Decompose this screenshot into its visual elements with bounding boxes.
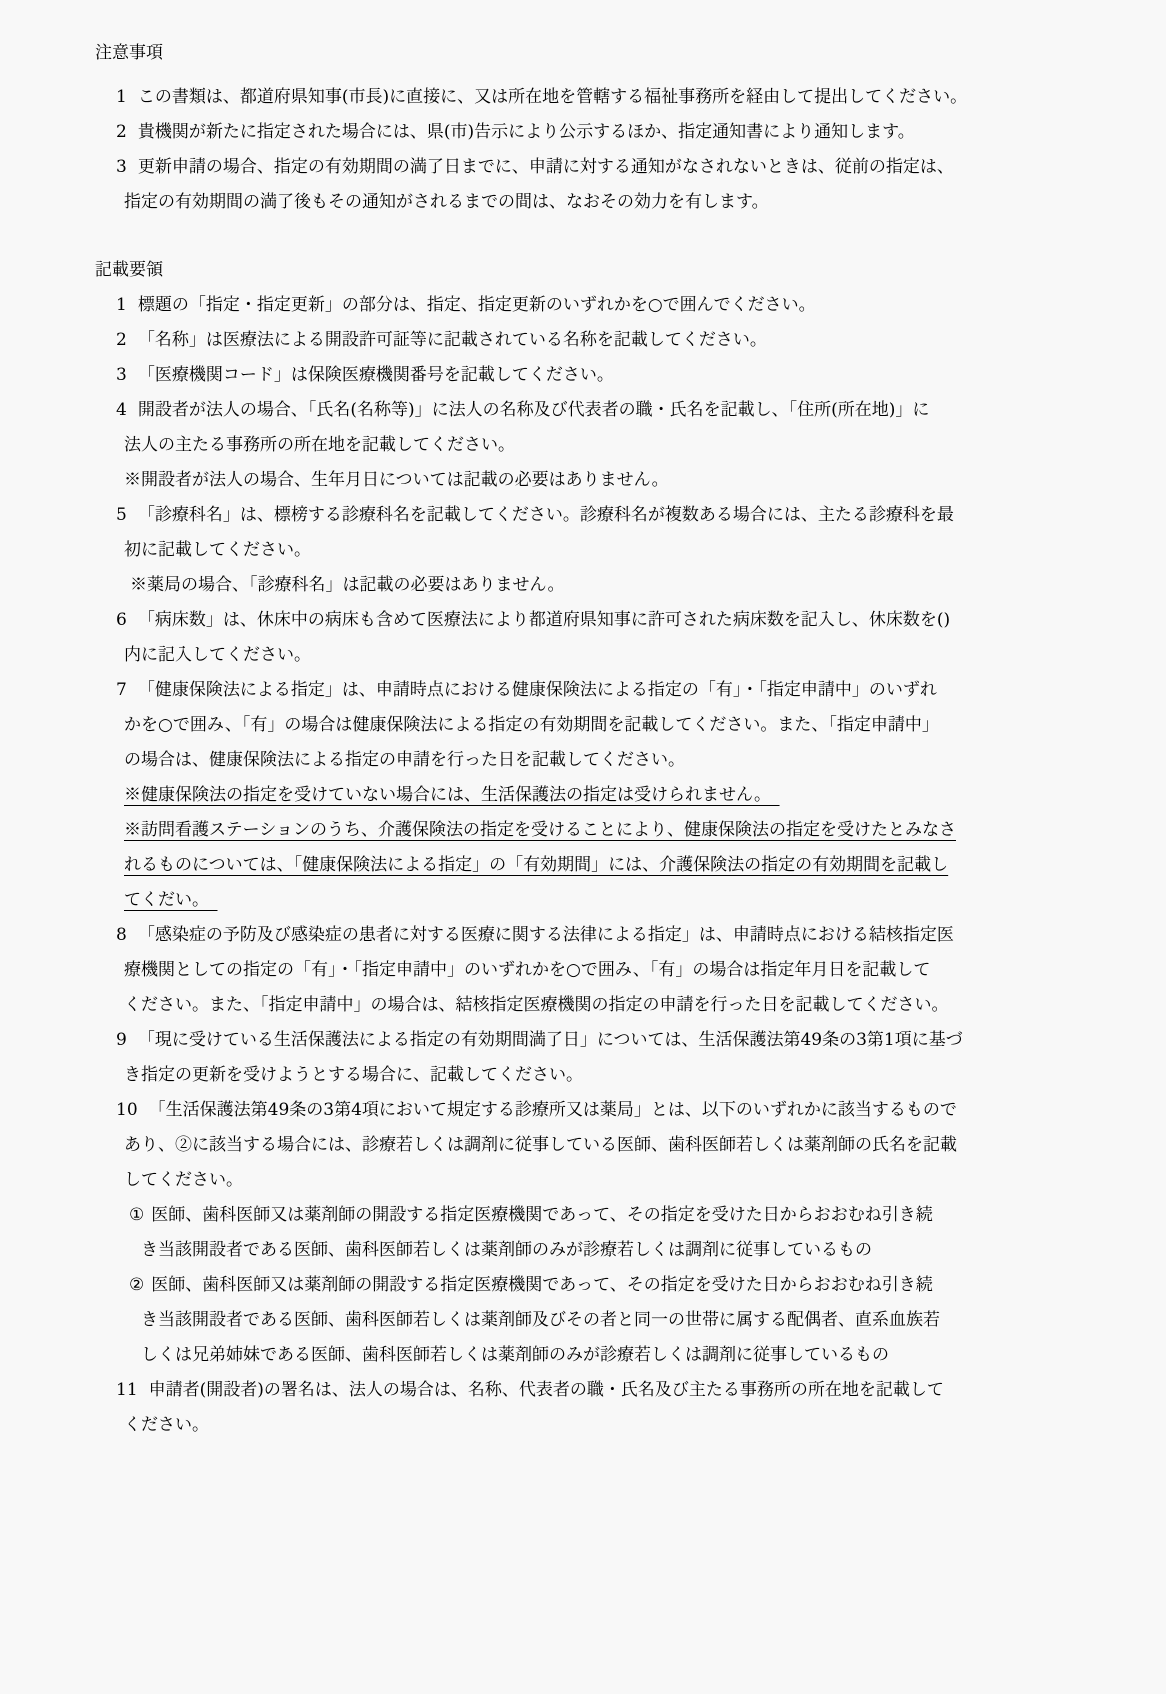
list-item-line: 11申請者(開設者)の署名は、法人の場合は、名称、代表者の職・氏名及び主たる事務… [0,1373,1166,1408]
item-number: 2 [116,323,127,358]
line-text: 開設者が法人の場合、「氏名(名称等)」に法人の名称及び代表者の職・氏名を記載し、… [138,400,930,420]
line-text: 「医療機関コード」は保険医療機関番号を記載してください。 [138,365,614,385]
line-text: 医師、歯科医師又は薬剤師の開設する指定医療機関であって、その指定を受けた日からお… [151,1205,933,1225]
line-text: 医師、歯科医師又は薬剤師の開設する指定医療機関であって、その指定を受けた日からお… [151,1275,933,1295]
line-text: 「現に受けている生活保護法による指定の有効期間満了日」については、生活保護法第4… [138,1030,963,1050]
list-item-line: 2「名称」は医療法による開設許可証等に記載されている名称を記載してください。 [0,323,1166,358]
line-text: の場合は、健康保険法による指定の申請を行った日を記載してください。 [124,750,685,770]
text-line: ※開設者が法人の場合、生年月日については記載の必要はありません。 [0,463,1166,498]
line-text: 「生活保護法第49条の3第4項において規定する診療所又は薬局」とは、以下のいずれ… [149,1100,957,1120]
item-number: 1 [116,80,127,115]
section-notes: 注意事項1この書類は、都道府県知事(市長)に直接に、又は所在地を管轄する福祉事務… [0,36,1166,220]
line-text: 指定の有効期間の満了後もその通知がされるまでの間は、なおその効力を有します。 [124,192,769,212]
text-line: あり、②に該当する場合には、診療若しくは調剤に従事している医師、歯科医師若しくは… [0,1128,1166,1163]
line-text: ※健康保険法の指定を受けていない場合には、生活保護法の指定は受けられません。 [124,785,780,805]
list-item-line: 4開設者が法人の場合、「氏名(名称等)」に法人の名称及び代表者の職・氏名を記載し… [0,393,1166,428]
item-number: 1 [116,288,127,323]
item-number: 3 [116,150,127,185]
line-text: 「健康保険法による指定」は、申請時点における健康保険法による指定の「有」・「指定… [138,680,937,700]
line-text: 標題の「指定・指定更新」の部分は、指定、指定更新のいずれかを○で囲んでください。 [138,295,816,315]
text-line: 法人の主たる事務所の所在地を記載してください。 [0,428,1166,463]
text-line: 指定の有効期間の満了後もその通知がされるまでの間は、なおその効力を有します。 [0,185,1166,220]
section-heading: 注意事項 [0,36,1166,71]
item-number: 3 [116,358,127,393]
line-text: してください。 [124,1170,243,1190]
text-line: ※薬局の場合、「診療科名」は記載の必要はありません。 [0,568,1166,603]
item-number: 4 [116,393,127,428]
line-text: ※訪問看護ステーションのうち、介護保険法の指定を受けることにより、健康保険法の指… [124,820,956,840]
line-text: しくは兄弟姉妹である医師、歯科医師若しくは薬剤師のみが診療若しくは調剤に従事して… [141,1345,889,1365]
line-text: れるものについては、「健康保険法による指定」の「有効期間」には、介護保険法の指定… [124,855,948,875]
line-text: 初に記載してください。 [124,540,311,560]
text-line: ※訪問看護ステーションのうち、介護保険法の指定を受けることにより、健康保険法の指… [0,813,1166,848]
line-text: 申請者(開設者)の署名は、法人の場合は、名称、代表者の職・氏名及び主たる事務所の… [149,1380,944,1400]
line-text: き当該開設者である医師、歯科医師若しくは薬剤師及びその者と同一の世帯に属する配偶… [141,1310,940,1330]
list-item-line: ②医師、歯科医師又は薬剤師の開設する指定医療機関であって、その指定を受けた日から… [0,1268,1166,1303]
line-text: あり、②に該当する場合には、診療若しくは調剤に従事している医師、歯科医師若しくは… [124,1135,957,1155]
item-number: 11 [116,1373,138,1408]
list-item-line: 1この書類は、都道府県知事(市長)に直接に、又は所在地を管轄する福祉事務所を経由… [0,80,1166,115]
line-text: ※薬局の場合、「診療科名」は記載の必要はありません。 [130,575,565,595]
list-item-line: 5「診療科名」は、標榜する診療科名を記載してください。診療科名が複数ある場合には… [0,498,1166,533]
section-heading: 記載要領 [0,253,1166,288]
text-line: き当該開設者である医師、歯科医師若しくは薬剤師のみが診療若しくは調剤に従事してい… [0,1233,1166,1268]
text-line: 療機関としての指定の「有」・「指定申請中」のいずれかを○で囲み、「有」の場合は指… [0,953,1166,988]
line-text: き指定の更新を受けようとする場合に、記載してください。 [124,1065,583,1085]
line-text: き当該開設者である医師、歯科医師若しくは薬剤師のみが診療若しくは調剤に従事してい… [141,1240,872,1260]
list-item-line: 6「病床数」は、休床中の病床も含めて医療法により都道府県知事に許可された病床数を… [0,603,1166,638]
text-line: ください。 [0,1408,1166,1443]
section-instructions: 記載要領1標題の「指定・指定更新」の部分は、指定、指定更新のいずれかを○で囲んで… [0,253,1166,1443]
text-line: てくだい。 [0,883,1166,918]
list-item-line: 8「感染症の予防及び感染症の患者に対する医療に関する法律による指定」は、申請時点… [0,918,1166,953]
list-item-line: 2貴機関が新たに指定された場合には、県(市)告示により公示するほか、指定通知書に… [0,115,1166,150]
line-text: 「診療科名」は、標榜する診療科名を記載してください。診療科名が複数ある場合には、… [138,505,954,525]
line-text: てくだい。 [124,890,218,910]
line-text: かを○で囲み、「有」の場合は健康保険法による指定の有効期間を記載してください。ま… [124,715,939,735]
line-text: ※開設者が法人の場合、生年月日については記載の必要はありません。 [124,470,669,490]
list-item-line: 3「医療機関コード」は保険医療機関番号を記載してください。 [0,358,1166,393]
text-line: れるものについては、「健康保険法による指定」の「有効期間」には、介護保険法の指定… [0,848,1166,883]
item-number: 9 [116,1023,127,1058]
item-number: 7 [116,673,127,708]
item-number: 5 [116,498,127,533]
line-text: ください。 [124,1415,209,1435]
line-text: 貴機関が新たに指定された場合には、県(市)告示により公示するほか、指定通知書によ… [138,122,915,142]
item-number: 6 [116,603,127,638]
text-line: 初に記載してください。 [0,533,1166,568]
line-text: 法人の主たる事務所の所在地を記載してください。 [124,435,515,455]
line-text: 内に記入してください。 [124,645,311,665]
text-line: 内に記入してください。 [0,638,1166,673]
item-number: 2 [116,115,127,150]
document-page: 注意事項1この書類は、都道府県知事(市長)に直接に、又は所在地を管轄する福祉事務… [0,0,1166,1694]
list-item-line: 7「健康保険法による指定」は、申請時点における健康保険法による指定の「有」・「指… [0,673,1166,708]
item-number: 10 [116,1093,138,1128]
line-text: ください。また、「指定申請中」の場合は、結核指定医療機関の指定の申請を行った日を… [124,995,949,1015]
text-line: かを○で囲み、「有」の場合は健康保険法による指定の有効期間を記載してください。ま… [0,708,1166,743]
list-item-line: ①医師、歯科医師又は薬剤師の開設する指定医療機関であって、その指定を受けた日から… [0,1198,1166,1233]
text-line: しくは兄弟姉妹である医師、歯科医師若しくは薬剤師のみが診療若しくは調剤に従事して… [0,1338,1166,1373]
text-line: してください。 [0,1163,1166,1198]
list-item-line: 3更新申請の場合、指定の有効期間の満了日までに、申請に対する通知がなされないとき… [0,150,1166,185]
text-line: ※健康保険法の指定を受けていない場合には、生活保護法の指定は受けられません。 [0,778,1166,813]
list-item-line: 9「現に受けている生活保護法による指定の有効期間満了日」については、生活保護法第… [0,1023,1166,1058]
text-line: の場合は、健康保険法による指定の申請を行った日を記載してください。 [0,743,1166,778]
item-number: ① [129,1198,144,1233]
list-item-line: 10「生活保護法第49条の3第4項において規定する診療所又は薬局」とは、以下のい… [0,1093,1166,1128]
text-line: ください。また、「指定申請中」の場合は、結核指定医療機関の指定の申請を行った日を… [0,988,1166,1023]
item-number: 8 [116,918,127,953]
line-text: この書類は、都道府県知事(市長)に直接に、又は所在地を管轄する福祉事務所を経由し… [138,87,967,107]
list-item-line: 1標題の「指定・指定更新」の部分は、指定、指定更新のいずれかを○で囲んでください… [0,288,1166,323]
document-body: 注意事項1この書類は、都道府県知事(市長)に直接に、又は所在地を管轄する福祉事務… [0,36,1166,1443]
line-text: 療機関としての指定の「有」・「指定申請中」のいずれかを○で囲み、「有」の場合は指… [124,960,930,980]
text-line: き指定の更新を受けようとする場合に、記載してください。 [0,1058,1166,1093]
text-line: き当該開設者である医師、歯科医師若しくは薬剤師及びその者と同一の世帯に属する配偶… [0,1303,1166,1338]
item-number: ② [129,1268,144,1303]
line-text: 「感染症の予防及び感染症の患者に対する医療に関する法律による指定」は、申請時点に… [138,925,954,945]
line-text: 「名称」は医療法による開設許可証等に記載されている名称を記載してください。 [138,330,767,350]
line-text: 更新申請の場合、指定の有効期間の満了日までに、申請に対する通知がなされないときは… [138,157,954,177]
line-text: 「病床数」は、休床中の病床も含めて医療法により都道府県知事に許可された病床数を記… [138,610,950,630]
